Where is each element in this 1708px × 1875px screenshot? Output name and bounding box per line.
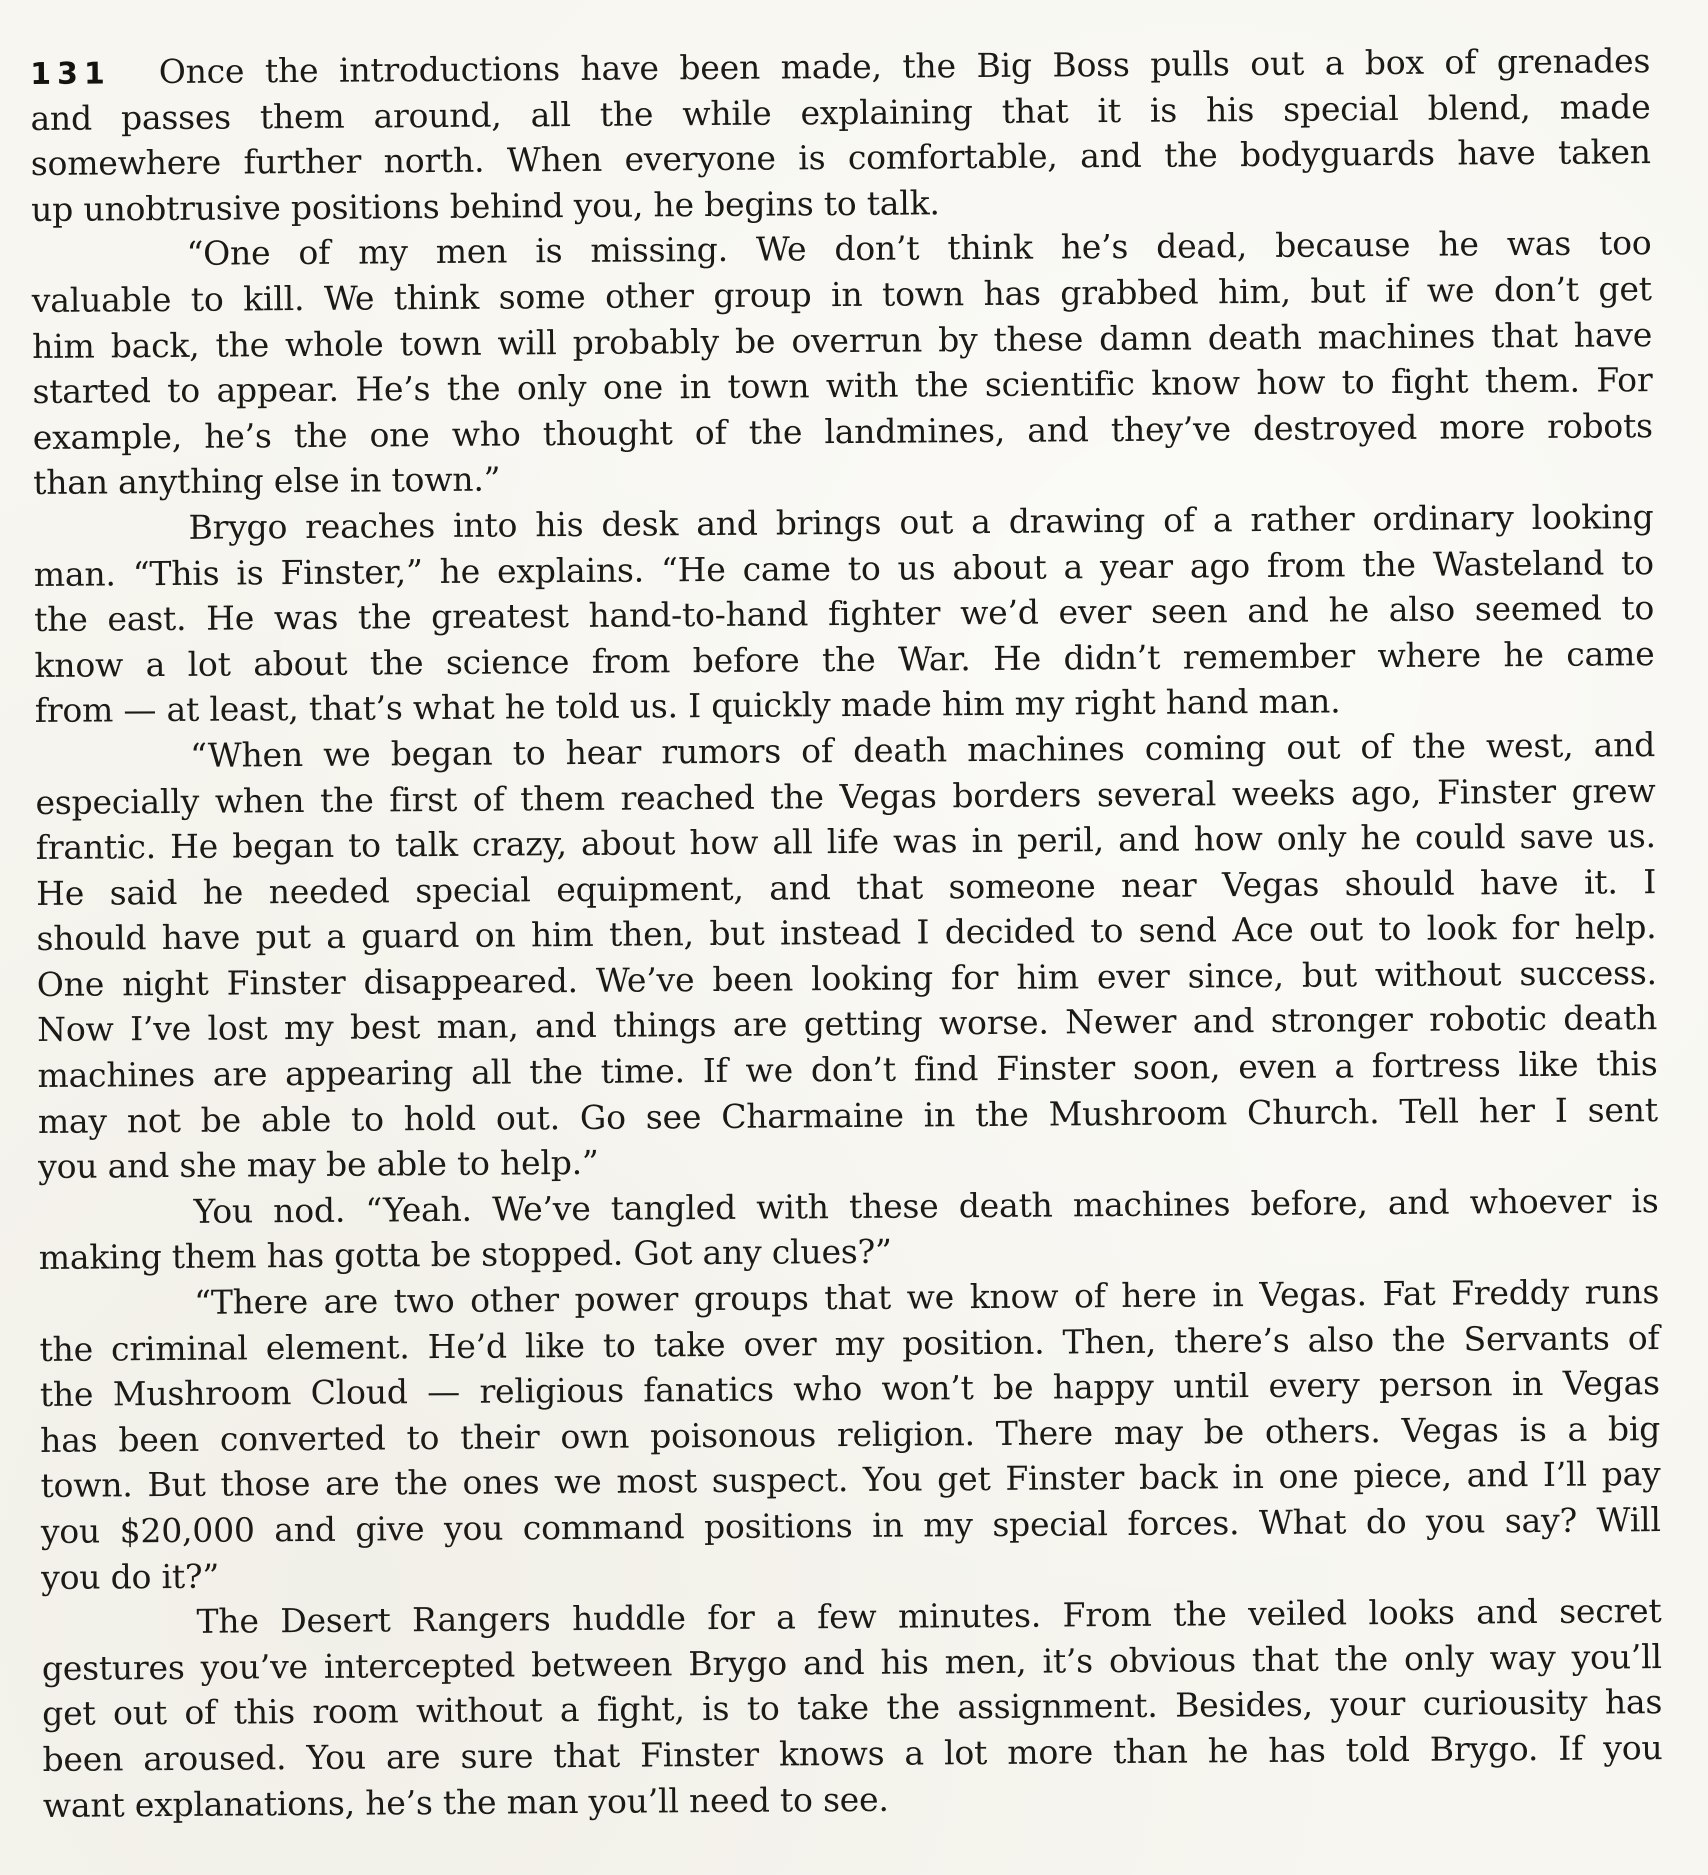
scanned-page: 131 Once the introductions have been mad…: [0, 0, 1708, 1875]
entry-131-text: 131 Once the introductions have been mad…: [30, 38, 1663, 1828]
paragraph-death-machines: “When we began to hear rumors of death m…: [35, 722, 1658, 1190]
paragraph-intro: and passes them around, all the while ex…: [30, 84, 1651, 233]
paragraph-finster-drawing: Brygo reaches into his desk and brings o…: [33, 494, 1655, 734]
paragraph-you-nod: You nod. “Yeah. We’ve tangled with these…: [38, 1178, 1659, 1281]
paragraph-desert-rangers: The Desert Rangers huddle for a few minu…: [41, 1588, 1663, 1828]
paragraph-power-groups: “There are two other power groups that w…: [39, 1269, 1661, 1600]
paragraph-missing-man: “One of my men is missing. We don’t thin…: [31, 220, 1653, 505]
entry-number: 131: [30, 51, 111, 97]
